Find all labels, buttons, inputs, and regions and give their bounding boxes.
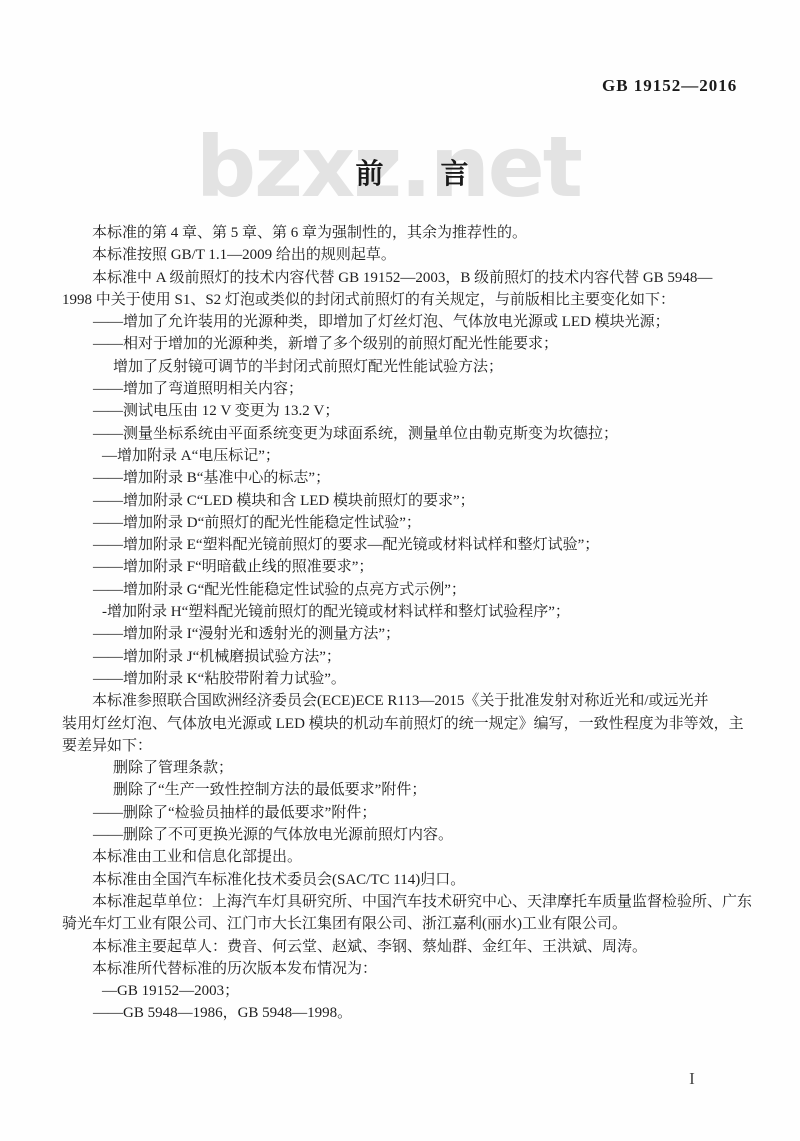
body-line: 骑光车灯工业有限公司、江门市大长江集团有限公司、浙江嘉利(丽水)工业有限公司。 xyxy=(62,913,752,935)
body-line: ——测量坐标系统由平面系统变更为球面系统，测量单位由勒克斯变为坎德拉； xyxy=(62,423,752,445)
body-line: ——增加附录 K“粘胶带附着力试验”。 xyxy=(62,668,752,690)
body-line: 装用灯丝灯泡、气体放电光源或 LED 模块的机动车前照灯的统一规定》编写，一致性… xyxy=(62,713,752,735)
body-line: ——GB 5948—1986，GB 5948—1998。 xyxy=(62,1002,752,1024)
body-line: 本标准中 A 级前照灯的技术内容代替 GB 19152—2003，B 级前照灯的… xyxy=(62,267,752,289)
page-number: I xyxy=(682,1069,702,1089)
title-char-left: 前 xyxy=(355,159,383,190)
body-line: 本标准按照 GB/T 1.1—2009 给出的规则起草。 xyxy=(62,244,752,266)
body-line: ——增加附录 G“配光性能稳定性试验的点亮方式示例”； xyxy=(62,579,752,601)
body-line: 增加了反射镜可调节的半封闭式前照灯配光性能试验方法； xyxy=(62,356,752,378)
body-line: ——删除了“检验员抽样的最低要求”附件； xyxy=(62,802,752,824)
document-page: GB 19152—2016 bzxz.net 前言 本标准的第 4 章、第 5 … xyxy=(0,0,800,1141)
body-line: ——增加附录 B“基准中心的标志”； xyxy=(62,467,752,489)
body-line: 本标准所代替标准的历次版本发布情况为： xyxy=(62,958,752,980)
body-line: ——增加附录 I“漫射光和透射光的测量方法”； xyxy=(62,623,752,645)
body-line: 本标准起草单位：上海汽车灯具研究所、中国汽车技术研究中心、天津摩托车质量监督检验… xyxy=(62,891,752,913)
body-line: ——增加附录 C“LED 模块和含 LED 模块前照灯的要求”； xyxy=(62,490,752,512)
body-line: ——增加附录 F“明暗截止线的照准要求”； xyxy=(62,556,752,578)
body-line: 本标准由全国汽车标准化技术委员会(SAC/TC 114)归口。 xyxy=(62,869,752,891)
body-line: ——增加了弯道照明相关内容； xyxy=(62,378,752,400)
body-line: 1998 中关于使用 S1、S2 灯泡或类似的封闭式前照灯的有关规定，与前版相比… xyxy=(62,289,752,311)
body-line: ——删除了不可更换光源的气体放电光源前照灯内容。 xyxy=(62,824,752,846)
standard-code: GB 19152—2016 xyxy=(602,76,762,96)
body-line: ——增加附录 D“前照灯的配光性能稳定性试验”； xyxy=(62,512,752,534)
body-line: ——相对于增加的光源种类，新增了多个级别的前照灯配光性能要求； xyxy=(62,333,752,355)
body-line: ——测试电压由 12 V 变更为 13.2 V； xyxy=(62,400,752,422)
body-line: ——增加了允许装用的光源种类，即增加了灯丝灯泡、气体放电光源或 LED 模块光源… xyxy=(62,311,752,333)
document-body: 本标准的第 4 章、第 5 章、第 6 章为强制性的，其余为推荐性的。本标准按照… xyxy=(62,222,752,1025)
page-title: 前言 xyxy=(0,152,800,192)
body-line: 删除了管理条款； xyxy=(62,757,752,779)
body-line: -增加附录 H“塑料配光镜前照灯的配光镜或材料试样和整灯试验程序”； xyxy=(62,601,752,623)
body-line: 本标准的第 4 章、第 5 章、第 6 章为强制性的，其余为推荐性的。 xyxy=(62,222,752,244)
body-line: 要差异如下： xyxy=(62,735,752,757)
body-line: —增加附录 A“电压标记”； xyxy=(62,445,752,467)
body-line: —GB 19152—2003； xyxy=(62,980,752,1002)
body-line: 本标准由工业和信息化部提出。 xyxy=(62,846,752,868)
body-line: ——增加附录 E“塑料配光镜前照灯的要求—配光镜或材料试样和整灯试验”； xyxy=(62,534,752,556)
body-line: 本标准参照联合国欧洲经济委员会(ECE)ECE R113—2015《关于批准发射… xyxy=(62,690,752,712)
body-line: 本标准主要起草人：费音、何云堂、赵斌、李钢、蔡灿群、金红年、王洪斌、周涛。 xyxy=(62,936,752,958)
body-line: 删除了“生产一致性控制方法的最低要求”附件； xyxy=(62,779,752,801)
title-char-right: 言 xyxy=(441,159,469,190)
body-line: ——增加附录 J“机械磨损试验方法”； xyxy=(62,646,752,668)
